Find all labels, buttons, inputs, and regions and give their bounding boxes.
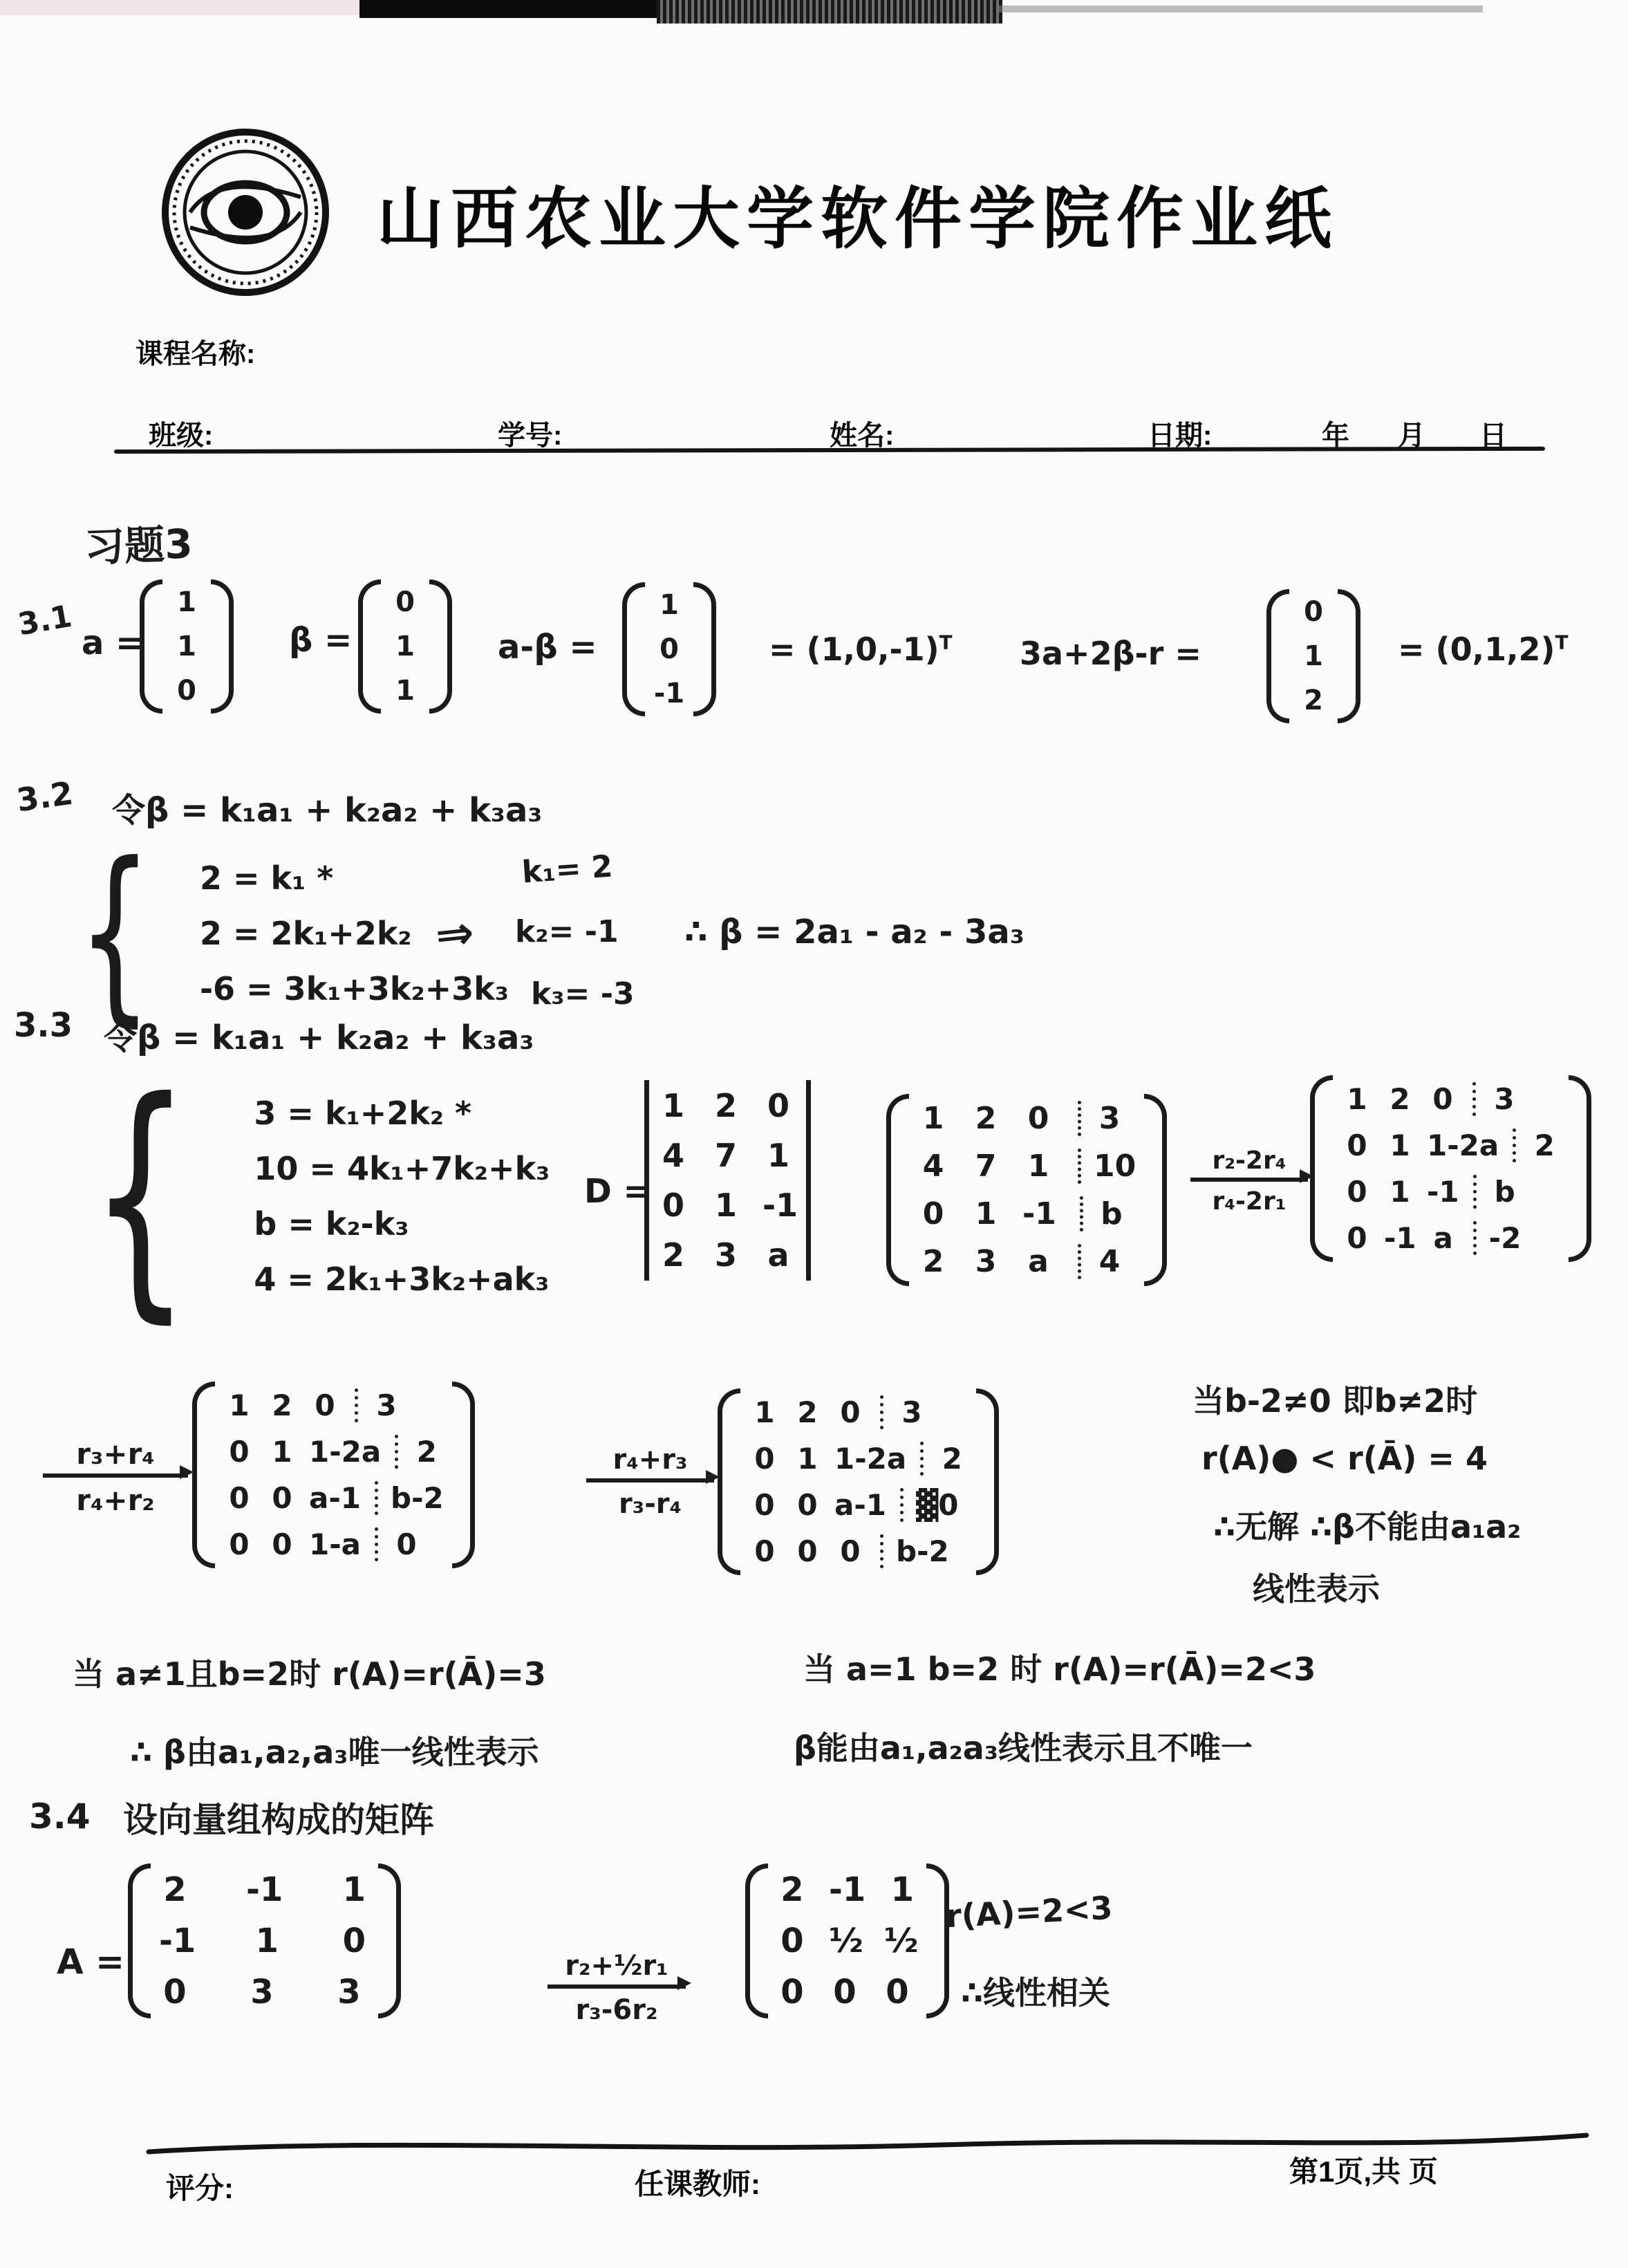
- matrix-row: 1203: [917, 1101, 1136, 1136]
- matrix-row: 1: [653, 589, 685, 621]
- matrix-row: 0½½: [776, 1922, 918, 1960]
- matrix-cell: 0: [829, 1973, 861, 2011]
- matrix-cell: -1: [1384, 1221, 1416, 1255]
- row-operation-4: r₂+½r₁ r₃-6r₂: [548, 1950, 686, 2026]
- matrix-cell: 1: [1384, 1128, 1416, 1162]
- matrix-cell: 0: [881, 1973, 913, 2011]
- matrix-cell: 3: [970, 1244, 1002, 1279]
- matrix-row: 011-2a2: [1341, 1128, 1560, 1162]
- matrix-cell: 3: [355, 1388, 402, 1422]
- problem-3-1-number: 3.1: [15, 599, 75, 643]
- vector-beta-label: β =: [289, 621, 352, 660]
- a-minus-beta-label: a-β =: [498, 628, 597, 667]
- matrix-cell: 7: [710, 1137, 742, 1174]
- page-number-label: 第1页,共 页: [1289, 2149, 1438, 2191]
- matrix-cell: 3: [880, 1395, 928, 1429]
- matrix-row: 000: [776, 1973, 918, 2011]
- solution-k3: k₃= -3: [531, 976, 635, 1012]
- matrix-cell: 0: [1427, 1082, 1459, 1116]
- matrix-cell: 0: [338, 1922, 370, 1960]
- row-op-top: r₂+½r₁: [565, 1950, 668, 1982]
- paren-left: [1310, 1075, 1333, 1262]
- matrix-cell: 0: [223, 1527, 255, 1561]
- matrix-cell: -2: [1473, 1221, 1522, 1255]
- conclusion-3-2: ∴ β = 2a₁ - a₂ - 3a₃: [684, 913, 1024, 951]
- result-text: = (1,0,-1): [769, 631, 939, 668]
- matrix-cell: 1-2a: [834, 1442, 906, 1476]
- row-operation-1: r₂-2r₄ r₄-2r₁: [1190, 1146, 1308, 1216]
- matrix-row: 23a: [657, 1236, 798, 1274]
- matrix-row: 00a-1b-2: [223, 1481, 444, 1515]
- row-op-top: r₄+r₃: [612, 1444, 687, 1476]
- system-line: 4 = 2k₁+3k₂+ak₃: [254, 1261, 550, 1298]
- matrix-cell: 1: [223, 1388, 255, 1422]
- paren-left: [622, 582, 645, 716]
- homework-sheet-page: 山西农业大学软件学院作业纸 课程名称: 班级: 学号: 姓名: 日期: 年 月 …: [0, 0, 1628, 2268]
- matrix-cell: 3: [1472, 1082, 1520, 1116]
- dependence-conclusion: ∴线性相关: [961, 1968, 1110, 2014]
- matrix-row: 1: [389, 631, 421, 662]
- matrix-row: 471: [657, 1137, 798, 1174]
- determinant-D: 12047101-123a: [644, 1080, 811, 1281]
- vector-a-label: a =: [82, 624, 143, 662]
- matrix-cell: 10: [1078, 1149, 1136, 1184]
- matrix-cell: 1: [1341, 1082, 1373, 1116]
- matrix-row: 47110: [917, 1149, 1136, 1184]
- class-label: 班级:: [149, 413, 213, 453]
- matrix-cell: a-1: [834, 1488, 886, 1522]
- result-text: = (0,1,2): [1398, 631, 1555, 668]
- row-op-bottom: r₄+r₂: [76, 1483, 154, 1517]
- determinant-label: D =: [584, 1172, 651, 1211]
- matrix-cell: 1: [389, 675, 421, 707]
- matrix-cell: 1-a: [309, 1527, 361, 1561]
- system-line: 10 = 4k₁+7k₂+k₃: [254, 1150, 550, 1187]
- paren-right: [429, 579, 452, 714]
- paren-right: [976, 1388, 999, 1575]
- matrix-cell: 1: [171, 586, 203, 618]
- matrix-cell: 1: [171, 631, 203, 662]
- matrix-cell: 0: [834, 1534, 866, 1568]
- matrix-cell: -1: [829, 1870, 866, 1909]
- matrix-cell: 0: [749, 1488, 780, 1522]
- matrix-cell: 0: [749, 1534, 780, 1568]
- matrix-cell: 0: [792, 1488, 823, 1522]
- a-minus-beta-vector: 10-1: [622, 582, 716, 716]
- problem-3-4-number: 3.4: [29, 1796, 91, 1837]
- matrix-cell: 1: [917, 1101, 949, 1136]
- augmented-matrix-4: 1203011-2a200a-1▓0000b-2: [718, 1388, 999, 1575]
- matrix-cell: 4: [1078, 1244, 1125, 1279]
- matrix-cell: -1: [246, 1870, 283, 1909]
- transpose-superscript: T: [1555, 631, 1569, 654]
- matrix-cell: 0: [223, 1435, 255, 1469]
- matrix-cell: 1: [886, 1870, 918, 1909]
- matrix-cell: 1: [1022, 1149, 1054, 1184]
- matrix-cell: -1: [762, 1187, 798, 1224]
- matrix-cell: b-2: [375, 1481, 444, 1515]
- matrix-cell: 2: [792, 1395, 823, 1429]
- paren-right: [452, 1382, 475, 1568]
- matrix-row: -110: [159, 1922, 370, 1960]
- matrix-row: 1203: [1341, 1082, 1560, 1116]
- rank-conclusion: r(A)=2<3: [945, 1889, 1114, 1935]
- matrix-cell: 0: [223, 1481, 255, 1515]
- matrix-row: 0-1a-2: [1341, 1221, 1560, 1255]
- matrix-cell: a: [1428, 1221, 1459, 1255]
- vector-a: 110: [140, 579, 234, 714]
- matrix-row: 2-11: [159, 1870, 370, 1909]
- matrix-row: 001-a0: [223, 1527, 444, 1561]
- row-op-bottom: r₄-2r₁: [1212, 1187, 1286, 1216]
- matrix-cell: 0: [1341, 1128, 1373, 1162]
- paren-right: [1144, 1094, 1167, 1286]
- matrix-cell: 2: [1513, 1128, 1560, 1162]
- case-a-1-b-2-line2: β能由a₁,a₂a₃线性表示且不唯一: [794, 1723, 1253, 1769]
- matrix-cell: 0: [266, 1481, 298, 1515]
- matrix-cell: 1: [251, 1922, 283, 1960]
- matrix-cell: 0: [657, 1187, 689, 1224]
- matrix-row: 011-2a2: [749, 1442, 968, 1476]
- matrix-row: 120: [657, 1087, 798, 1124]
- matrix-cell: ½: [829, 1922, 863, 1960]
- solution-k1: k₁= 2: [521, 848, 614, 890]
- matrix-row: 01-1: [657, 1187, 798, 1224]
- matrix-cell: 3: [710, 1236, 742, 1274]
- row-op-top: r₂-2r₄: [1212, 1146, 1286, 1175]
- scan-artifact: [999, 6, 1483, 12]
- matrix-row: 1: [1298, 640, 1329, 672]
- matrix-row: 2-11: [776, 1870, 918, 1909]
- paren-right: [378, 1863, 401, 2018]
- system-brace: {: [90, 1068, 191, 1324]
- matrix-cell: 2: [920, 1442, 968, 1476]
- scan-artifact: [0, 0, 359, 15]
- solution-k2: k₂= -1: [515, 914, 619, 949]
- linear-combo-result: = (0,1,2)T: [1398, 631, 1568, 668]
- matrix-cell: 0: [792, 1534, 823, 1568]
- matrix-cell: 2: [395, 1435, 442, 1469]
- case-b-not-2-line2: r(A)● < r(Ā) = 4: [1201, 1440, 1488, 1477]
- matrix-cell: 7: [970, 1149, 1002, 1184]
- augmented-matrix-3: 1203011-2a200a-1b-2001-a0: [192, 1382, 475, 1568]
- matrix-A-reduced: 2-110½½000: [745, 1863, 949, 2018]
- implies-arrow: ⇒: [433, 905, 476, 962]
- case-b-not-2-line3: ∴无解 ∴β不能由a₁a₂: [1213, 1502, 1521, 1547]
- page-title: 山西农业大学软件学院作业纸: [377, 165, 1338, 261]
- matrix-cell: 1-2a: [1427, 1128, 1499, 1162]
- matrix-A: 2-11-110033: [128, 1863, 401, 2018]
- university-seal-logo: [159, 124, 332, 301]
- matrix-cell: 1: [970, 1196, 1002, 1231]
- row-op-bottom: r₃-r₄: [619, 1488, 682, 1520]
- matrix-cell: 2: [776, 1870, 808, 1909]
- matrix-cell: 2: [1384, 1082, 1416, 1116]
- matrix-cell: 0: [1022, 1101, 1054, 1136]
- matrix-cell: 0: [375, 1527, 422, 1561]
- matrix-cell: 4: [917, 1149, 949, 1184]
- case-a-1-b-2-line1: 当 a=1 b=2 时 r(A)=r(Ā)=2<3: [803, 1644, 1316, 1690]
- matrix-cell: 1: [338, 1870, 370, 1909]
- teacher-label: 任课教师:: [635, 2162, 760, 2203]
- det-bar-right: [806, 1080, 811, 1281]
- matrix-cell: b-2: [880, 1534, 949, 1568]
- matrix-cell: 3: [246, 1973, 278, 2011]
- matrix-cell: 1-2a: [309, 1435, 381, 1469]
- matrix-A-label: A =: [57, 1942, 124, 1982]
- matrix-cell: 0: [749, 1442, 780, 1476]
- problem-3-2-intro: 令β = k₁a₁ + k₂a₂ + k₃a₃: [112, 783, 542, 831]
- paren-left: [718, 1388, 740, 1575]
- matrix-cell: 2: [266, 1388, 298, 1422]
- paren-right: [211, 579, 234, 714]
- row-op-arrow: [43, 1474, 188, 1478]
- matrix-row: 2: [1298, 685, 1329, 716]
- matrix-cell: a: [762, 1236, 794, 1274]
- system-line: 2 = k₁ *: [200, 859, 509, 897]
- matrix-cell: 1: [762, 1137, 794, 1174]
- matrix-cell: 2: [1298, 685, 1329, 716]
- exercise-heading: 习题3: [84, 511, 194, 573]
- a-minus-beta-result: = (1,0,-1)T: [769, 631, 953, 668]
- score-label: 评分:: [166, 2166, 234, 2207]
- problem-3-2-number: 3.2: [15, 774, 75, 819]
- matrix-cell: a: [1022, 1244, 1054, 1279]
- row-op-arrow: [586, 1478, 714, 1482]
- matrix-cell: 1: [749, 1395, 780, 1429]
- scan-artifact: [359, 0, 684, 18]
- matrix-cell: 2: [917, 1244, 949, 1279]
- matrix-cell: 0: [776, 1973, 808, 2011]
- matrix-cell: b: [1473, 1175, 1521, 1209]
- matrix-row: 1: [389, 675, 421, 707]
- paren-left: [192, 1382, 215, 1568]
- matrix-row: 01-1b: [917, 1196, 1136, 1231]
- matrix-cell: 3: [1078, 1101, 1125, 1136]
- system-brace: {: [77, 838, 152, 1028]
- paren-right: [693, 582, 716, 716]
- matrix-cell: 0: [917, 1196, 949, 1231]
- matrix-cell: 2: [710, 1087, 742, 1124]
- matrix-row: 01-1b: [1341, 1175, 1560, 1209]
- paren-left: [1266, 589, 1289, 723]
- matrix-row: 0: [171, 675, 203, 707]
- matrix-cell: 0: [266, 1527, 298, 1561]
- row-op-arrow: [548, 1984, 686, 1989]
- linear-combo-vector: 012: [1266, 589, 1360, 723]
- matrix-cell: -1: [159, 1922, 196, 1960]
- matrix-cell: ½: [884, 1922, 919, 1960]
- paren-left: [886, 1094, 909, 1286]
- equation-system-3-3: { 3 = k₁+2k₂ * 10 = 4k₁+7k₂+k₃ b = k₂-k₃…: [90, 1068, 550, 1324]
- matrix-cell: 3: [333, 1973, 365, 2011]
- matrix-row: 1: [171, 586, 203, 618]
- matrix-row: 1: [171, 631, 203, 662]
- matrix-cell: 0: [159, 1973, 191, 2011]
- name-label: 姓名:: [830, 413, 894, 453]
- paren-left: [358, 579, 381, 714]
- paren-right: [926, 1863, 949, 2018]
- matrix-cell: 1: [266, 1435, 298, 1469]
- matrix-cell: ▓0: [900, 1488, 959, 1522]
- student-id-label: 学号:: [498, 413, 562, 453]
- system-line: b = k₂-k₃: [254, 1205, 550, 1243]
- det-bar-left: [644, 1080, 649, 1281]
- matrix-cell: 0: [1341, 1175, 1373, 1209]
- matrix-cell: -1: [1022, 1196, 1056, 1231]
- matrix-cell: 1: [792, 1442, 823, 1476]
- matrix-row: 0: [653, 633, 685, 665]
- matrix-row: 0: [1298, 596, 1329, 628]
- matrix-row: 1203: [749, 1395, 968, 1429]
- paren-left: [128, 1863, 151, 2018]
- paren-right: [1338, 589, 1360, 723]
- case-b-not-2-line4: 线性表示: [1253, 1564, 1380, 1610]
- system-line: -6 = 3k₁+3k₂+3k₃: [200, 970, 509, 1007]
- matrix-cell: 2: [657, 1236, 689, 1274]
- matrix-cell: 1: [710, 1187, 742, 1224]
- problem-3-4-intro: 设向量组构成的矩阵: [123, 1792, 434, 1842]
- matrix-cell: 1: [389, 631, 421, 662]
- case-b-not-2-line1: 当b-2≠0 即b≠2时: [1192, 1376, 1477, 1422]
- matrix-cell: 1: [1384, 1175, 1416, 1209]
- row-op-top: r₃+r₄: [76, 1437, 154, 1471]
- row-operation-3: r₄+r₃ r₃-r₄: [586, 1444, 714, 1520]
- matrix-row: 0: [389, 586, 421, 618]
- matrix-cell: 0: [776, 1922, 808, 1960]
- matrix-row: 000b-2: [749, 1534, 968, 1568]
- row-op-bottom: r₃-6r₂: [576, 1994, 658, 2026]
- matrix-cell: 1: [1298, 640, 1329, 672]
- system-line: 3 = k₁+2k₂ *: [254, 1095, 550, 1132]
- row-op-arrow: [1190, 1178, 1308, 1182]
- matrix-cell: 0: [309, 1388, 341, 1422]
- matrix-row: 011-2a2: [223, 1435, 444, 1469]
- matrix-row: 00a-1▓0: [749, 1488, 968, 1522]
- matrix-cell: 0: [389, 586, 421, 618]
- matrix-cell: a-1: [309, 1481, 361, 1515]
- paren-left: [745, 1863, 768, 2018]
- augmented-matrix-2: 1203011-2a201-1b0-1a-2: [1310, 1075, 1591, 1262]
- linear-combo-label: 3a+2β-r =: [1020, 635, 1201, 672]
- transpose-superscript: T: [939, 631, 953, 654]
- row-operation-2: r₃+r₄ r₄+r₂: [43, 1437, 188, 1517]
- matrix-cell: 1: [653, 589, 685, 621]
- matrix-row: 23a4: [917, 1244, 1136, 1279]
- matrix-cell: b: [1080, 1196, 1128, 1231]
- matrix-cell: 0: [1341, 1221, 1373, 1255]
- problem-3-3-number: 3.3: [14, 1006, 73, 1045]
- matrix-cell: 0: [171, 675, 203, 707]
- paren-right: [1569, 1075, 1591, 1262]
- case-a-not-1-line1: 当 a≠1且b=2时 r(A)=r(Ā)=3: [73, 1649, 546, 1695]
- matrix-cell: 1: [657, 1087, 689, 1124]
- matrix-cell: 0: [762, 1087, 794, 1124]
- matrix-cell: 0: [834, 1395, 866, 1429]
- matrix-cell: 2: [970, 1101, 1002, 1136]
- matrix-cell: -1: [653, 678, 685, 709]
- matrix-cell: 0: [653, 633, 685, 665]
- matrix-row: -1: [653, 678, 685, 709]
- paren-left: [140, 579, 162, 714]
- matrix-cell: 0: [1298, 596, 1329, 628]
- case-a-not-1-line2: ∴ β由a₁,a₂,a₃唯一线性表示: [130, 1727, 539, 1773]
- course-name-label: 课程名称:: [135, 332, 255, 371]
- matrix-cell: 4: [657, 1137, 689, 1174]
- matrix-cell: -1: [1427, 1175, 1459, 1209]
- matrix-cell: 2: [159, 1870, 191, 1909]
- matrix-row: 1203: [223, 1388, 444, 1422]
- scan-artifact: [657, 0, 1002, 24]
- augmented-matrix-1: 12034711001-1b23a4: [886, 1094, 1167, 1286]
- matrix-row: 033: [159, 1973, 370, 2011]
- vector-beta: 011: [358, 579, 452, 714]
